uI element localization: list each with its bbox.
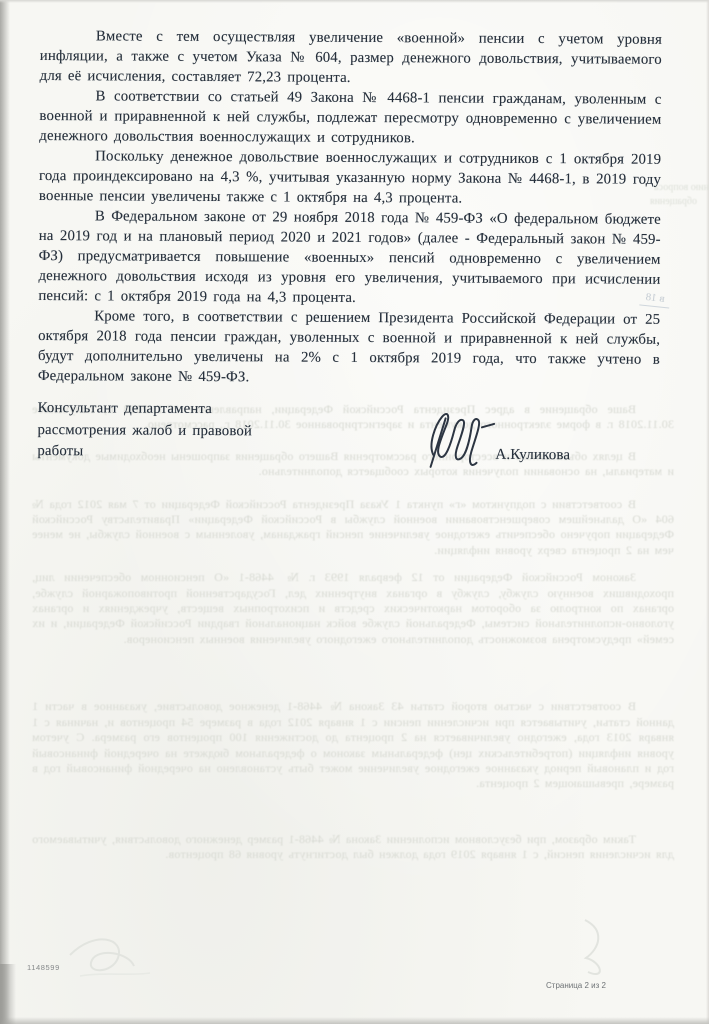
body-paragraph: Кроме того, в соответствии с решением Пр…: [38, 306, 660, 390]
bleedthrough-margin-fragment: нию вопроса: [654, 182, 709, 194]
signer-title-line: Консультант департамента: [38, 398, 660, 423]
signer-title-line: рассмотрения жалоб и правовой: [37, 419, 659, 444]
signature-block: Консультант департамента рассмотрения жа…: [37, 398, 660, 492]
scan-edge-left-shadow: [0, 0, 10, 1024]
signer-name: А.Куликова: [495, 445, 570, 465]
bleedthrough-paragraph: Таким образом, при безусловном исполнени…: [32, 832, 674, 863]
bleedthrough-paragraph: В соответствии с частью второй статьи 43…: [32, 699, 674, 791]
document-serial-number: 1148599: [27, 963, 60, 972]
body-paragraph: Поскольку денежное довольствие военнослу…: [39, 146, 661, 210]
body-paragraph: Вместе с тем осуществляя увеличение «вое…: [40, 26, 662, 90]
letter-body: Вместе с тем осуществляя увеличение «вое…: [37, 26, 662, 492]
bleedthrough-signature-curves: [0, 900, 709, 1010]
scanned-letter-page: Ваше обращение в адрес Президента Россий…: [0, 0, 709, 1024]
bleedthrough-paragraph: Законом Российской Федерации от 12 февра…: [32, 570, 674, 647]
bleedthrough-paragraph: В соответствии с подпунктом «г» пункта 1…: [32, 497, 674, 559]
body-paragraph: В соответствии со статьей 49 Закона № 44…: [39, 86, 661, 150]
handwritten-signature: [419, 398, 497, 476]
page-number-label: Страница 2 из 2: [546, 981, 606, 990]
scan-edge-top-shadow: [0, 0, 709, 3]
body-paragraph: В Федеральном законе от 29 ноября 2018 г…: [38, 206, 661, 310]
scan-edge-bottom-shadow: [0, 1017, 709, 1024]
